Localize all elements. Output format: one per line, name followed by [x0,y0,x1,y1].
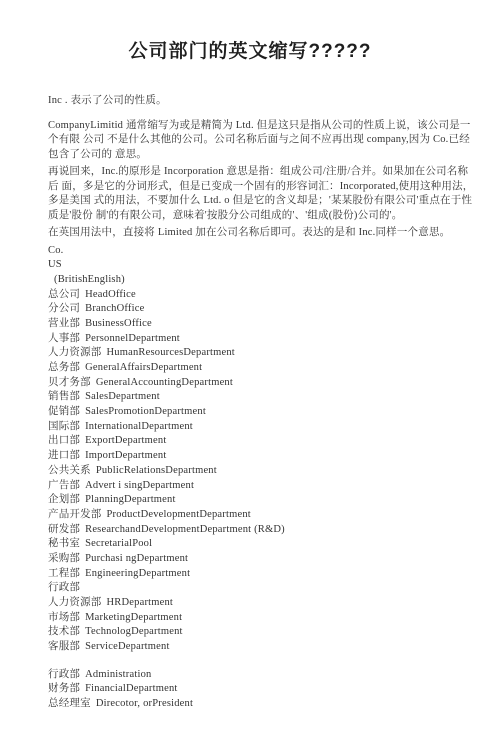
department-name-en: Direcotor, orPresident [96,698,193,709]
department-name-en: HRDepartment [107,597,174,608]
department-name-cn: 人事部 [48,333,80,344]
department-list-item: 广告部Advert i singDepartment [48,479,476,494]
department-name-cn: 市场部 [48,612,80,623]
department-name-cn: 秘书室 [48,538,80,549]
department-name-cn: 客服部 [48,641,80,652]
department-list-item: US [48,258,476,273]
department-name-en: PlanningDepartment [85,494,176,505]
department-name-en: ProductDevelopmentDepartment [107,509,251,520]
department-name-en: TechnologDepartment [85,626,183,637]
department-name-en: Advert i singDepartment [85,480,194,491]
department-name-cn: 总务部 [48,362,80,373]
department-list-item: 出口部ExportDepartment [48,434,476,449]
department-name-cn: 产品开发部 [48,509,102,520]
department-name-cn: 贝才务部 [48,377,91,388]
department-list-item: 产品开发部ProductDevelopmentDepartment [48,508,476,523]
department-name-en: (BritishEnglish) [54,274,125,285]
department-list-item: 国际部InternationalDepartment [48,420,476,435]
paragraph: 再说回来，Inc.的原形是 Incorporation 意思是指：组成公司/注册… [48,165,476,223]
department-list-item: 采购部Purchasi ngDepartment [48,552,476,567]
department-list-item: 技术部TechnologDepartment [48,625,476,640]
department-name-en: Purchasi ngDepartment [85,553,188,564]
department-list-item: Co. [48,244,476,259]
page-title: 公司部门的英文缩写????? [0,36,500,63]
department-name-cn: 财务部 [48,683,80,694]
department-name-cn: 分公司 [48,303,80,314]
department-name-cn: 采购部 [48,553,80,564]
department-list-item: 工程部EngineeringDepartment [48,567,476,582]
department-name-en: BranchOffice [85,303,144,314]
department-name-en: FinancialDepartment [85,683,177,694]
department-name-cn: 进口部 [48,450,80,461]
department-list-item: 行政部 [48,581,476,596]
department-list-item: 秘书室SecretarialPool [48,537,476,552]
department-name-cn: 广告部 [48,480,80,491]
department-name-cn: 出口部 [48,435,80,446]
department-list-item: (BritishEnglish) [48,273,476,288]
document-page: 公司部门的英文缩写????? Inc . 表示了公司的性质。CompanyLim… [0,0,500,747]
department-name-en: GeneralAccountingDepartment [96,377,233,388]
department-name-en: EngineeringDepartment [85,568,190,579]
department-name-en: ImportDepartment [85,450,166,461]
department-list-item: 研发部ResearchandDevelopmentDepartment (R&D… [48,523,476,538]
department-name-cn: 技术部 [48,626,80,637]
department-name-en: HumanResourcesDepartment [107,347,235,358]
department-list-item: 客服部ServiceDepartment [48,640,476,655]
paragraph: CompanyLimitid 通常缩写为或是精简为 Ltd. 但是这只是指从公司… [48,119,476,163]
department-list-item: 贝才务部GeneralAccountingDepartment [48,376,476,391]
department-list-item: 公共关系PublicRelationsDepartment [48,464,476,479]
department-name-en: InternationalDepartment [85,421,193,432]
blank-line [48,655,476,668]
department-name-cn: 企划部 [48,494,80,505]
department-name-en: PublicRelationsDepartment [96,465,217,476]
department-list-item: 分公司BranchOffice [48,302,476,317]
department-name-cn: 公共关系 [48,465,91,476]
department-list-item: 进口部ImportDepartment [48,449,476,464]
department-name-cn: 工程部 [48,568,80,579]
department-name-cn: 总经理室 [48,698,91,709]
department-name-cn: 营业部 [48,318,80,329]
department-name-en: ResearchandDevelopmentDepartment (R&D) [85,524,285,535]
department-list-item: 人事部PersonnelDepartment [48,332,476,347]
department-name-en: SalesPromotionDepartment [85,406,206,417]
department-name-en: HeadOffice [85,289,136,300]
department-name-en: SecretarialPool [85,538,152,549]
department-list-item: 企划部PlanningDepartment [48,493,476,508]
department-name-en: MarketingDepartment [85,612,182,623]
department-name-en: PersonnelDepartment [85,333,180,344]
paragraph: Inc . 表示了公司的性质。 [48,94,476,109]
department-name-cn: 人力资源部 [48,597,102,608]
department-name-en: ServiceDepartment [85,641,169,652]
department-name-cn: 行政部 [48,669,80,680]
department-list-item: 总公司HeadOffice [48,288,476,303]
department-name-en: SalesDepartment [85,391,160,402]
document-body: Inc . 表示了公司的性质。CompanyLimitid 通常缩写为或是精简为… [48,94,476,712]
department-list-item: 市场部MarketingDepartment [48,611,476,626]
department-list-item: 总经理室Direcotor, orPresident [48,697,476,712]
department-list: Co.US(BritishEnglish)总公司HeadOffice分公司Bra… [48,244,476,712]
department-list-item: 人力资源部HumanResourcesDepartment [48,346,476,361]
department-name-cn: 人力资源部 [48,347,102,358]
department-name-cn: 国际部 [48,421,80,432]
department-list-item: 财务部FinancialDepartment [48,682,476,697]
department-name-en: US [48,259,62,270]
department-list-item: 总务部GeneralAffairsDepartment [48,361,476,376]
department-list-item: 行政部Administration [48,668,476,683]
intro-paragraphs: Inc . 表示了公司的性质。CompanyLimitid 通常缩写为或是精简为… [48,94,476,241]
department-name-en: Administration [85,669,151,680]
department-name-cn: 研发部 [48,524,80,535]
department-name-en: Co. [48,245,63,256]
department-name-en: ExportDepartment [85,435,166,446]
paragraph: 在英国用法中，直接将 Limited 加在公司名称后即可。表达的是和 Inc.同… [48,226,476,241]
department-list-item: 人力资源部HRDepartment [48,596,476,611]
department-name-en: GeneralAffairsDepartment [85,362,202,373]
department-list-item: 促销部SalesPromotionDepartment [48,405,476,420]
department-list-item: 营业部BusinessOffice [48,317,476,332]
department-list-item: 销售部SalesDepartment [48,390,476,405]
department-name-en: BusinessOffice [85,318,152,329]
department-name-cn: 行政部 [48,582,80,593]
department-name-cn: 销售部 [48,391,80,402]
department-name-cn: 促销部 [48,406,80,417]
department-name-cn: 总公司 [48,289,80,300]
